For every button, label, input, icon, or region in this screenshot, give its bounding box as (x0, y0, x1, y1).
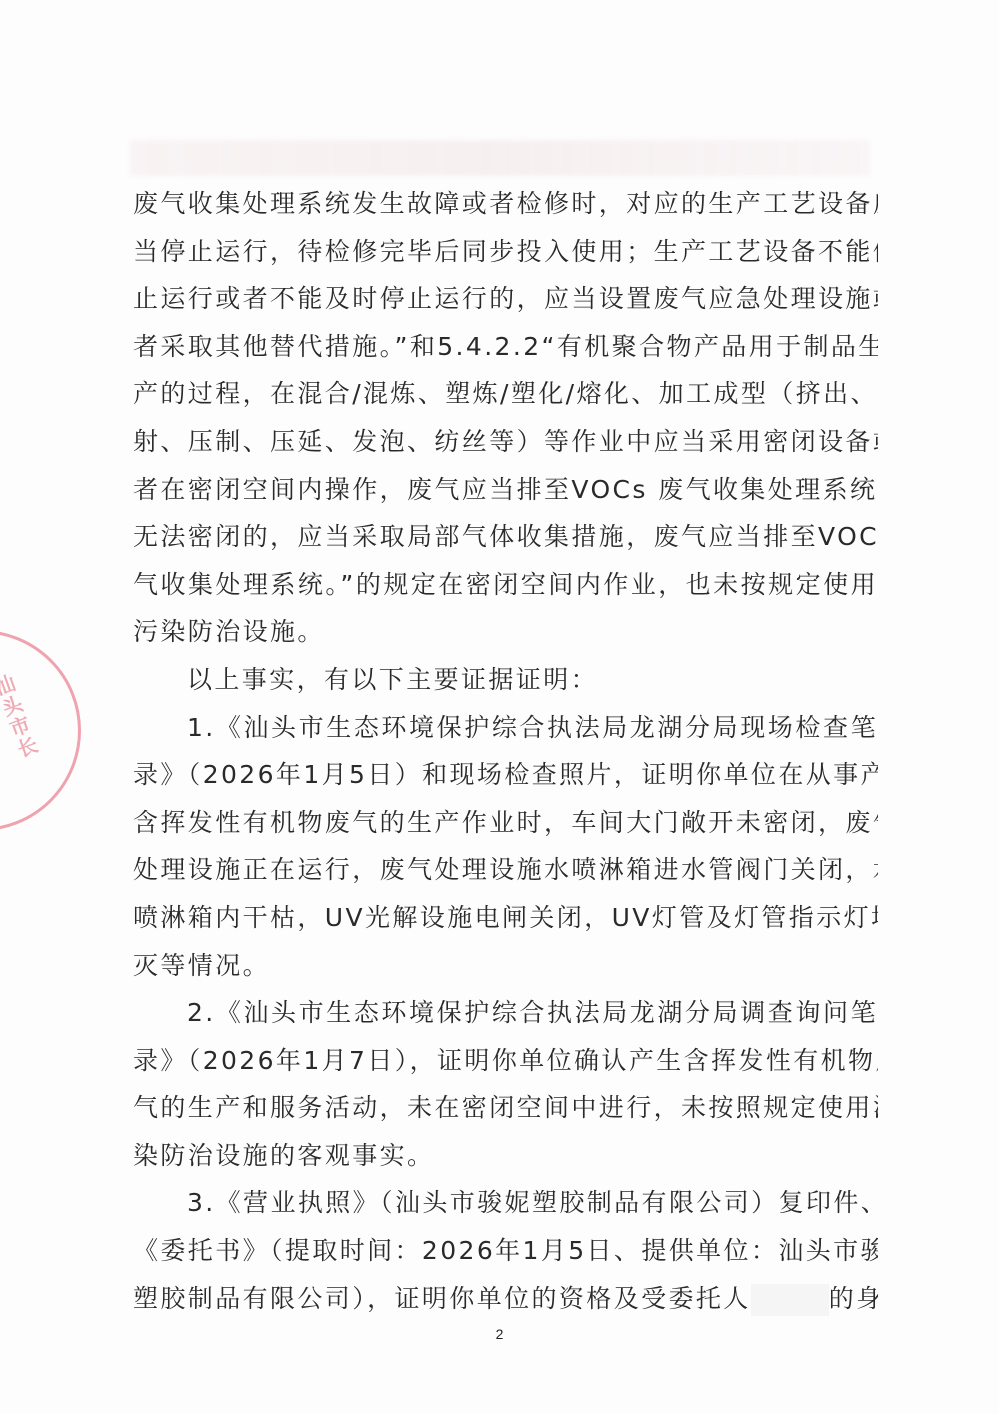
seal-text: 汕头市长 (0, 671, 44, 764)
text-line: 者在密闭空间内操作，废气应当排至VOCs 废气收集处理系统； (133, 466, 878, 514)
text-line: 者采取其他替代措施。”和5.4.2.2“有机聚合物产品用于制品生 (133, 323, 878, 371)
evidence-item-3: 3.《营业执照》（汕头市骏妮塑胶制品有限公司）复印件、 (133, 1179, 878, 1227)
text-line: 含挥发性有机物废气的生产作业时，车间大门敞开未密闭，废气 (133, 799, 878, 847)
text-line: 气的生产和服务活动，未在密闭空间中进行，未按照规定使用污 (133, 1084, 878, 1132)
final-line-after: 的身 (829, 1284, 878, 1313)
text-line: 止运行或者不能及时停止运行的，应当设置废气应急处理设施或 (133, 275, 878, 323)
text-line: 射、压制、压延、发泡、纺丝等）等作业中应当采用密闭设备或 (133, 418, 878, 466)
text-line: 处理设施正在运行，废气处理设施水喷淋箱进水管阀门关闭，水 (133, 846, 878, 894)
text-line: 气收集处理系统。”的规定在密闭空间内作业，也未按规定使用 (133, 561, 878, 609)
text-line: 灭等情况。 (133, 942, 878, 990)
text-line: 录》（2026年1月5日）和现场检查照片，证明你单位在从事产生 (133, 751, 878, 799)
page-number: 2 (0, 1326, 999, 1342)
document-body: 废气收集处理系统发生故障或者检修时，对应的生产工艺设备应 当停止运行，待检修完毕… (133, 180, 878, 1322)
text-line: 产的过程，在混合/混炼、塑炼/塑化/熔化、加工成型（挤出、注 (133, 370, 878, 418)
text-line: 污染防治设施。 (133, 608, 878, 656)
redacted-name (751, 1284, 829, 1316)
text-line: 《委托书》（提取时间：2026年1月5日、提供单位：汕头市骏妮 (133, 1227, 878, 1275)
text-line: 当停止运行，待检修完毕后同步投入使用；生产工艺设备不能停 (133, 228, 878, 276)
evidence-item-1: 1.《汕头市生态环境保护综合执法局龙湖分局现场检查笔 (133, 704, 878, 752)
text-line-final: 塑胶制品有限公司），证明你单位的资格及受委托人的身 (133, 1275, 878, 1323)
final-line-before: 塑胶制品有限公司），证明你单位的资格及受委托人 (133, 1284, 751, 1313)
bleed-through-header (130, 140, 870, 176)
evidence-item-2: 2.《汕头市生态环境保护综合执法局龙湖分局调查询问笔 (133, 989, 878, 1037)
text-line: 染防治设施的客观事实。 (133, 1132, 878, 1180)
evidence-heading: 以上事实，有以下主要证据证明： (133, 656, 878, 704)
text-line: 无法密闭的，应当采取局部气体收集措施，废气应当排至VOCs 废 (133, 513, 878, 561)
text-line: 废气收集处理系统发生故障或者检修时，对应的生产工艺设备应 (133, 180, 878, 228)
document-page: 汕头市长 废气收集处理系统发生故障或者检修时，对应的生产工艺设备应 当停止运行，… (0, 0, 999, 1414)
official-seal: 汕头市长 (0, 630, 81, 831)
text-line: 喷淋箱内干枯，UV光解设施电闸关闭，UV灯管及灯管指示灯均熄 (133, 894, 878, 942)
text-line: 录》（2026年1月7日），证明你单位确认产生含挥发性有机物废 (133, 1037, 878, 1085)
